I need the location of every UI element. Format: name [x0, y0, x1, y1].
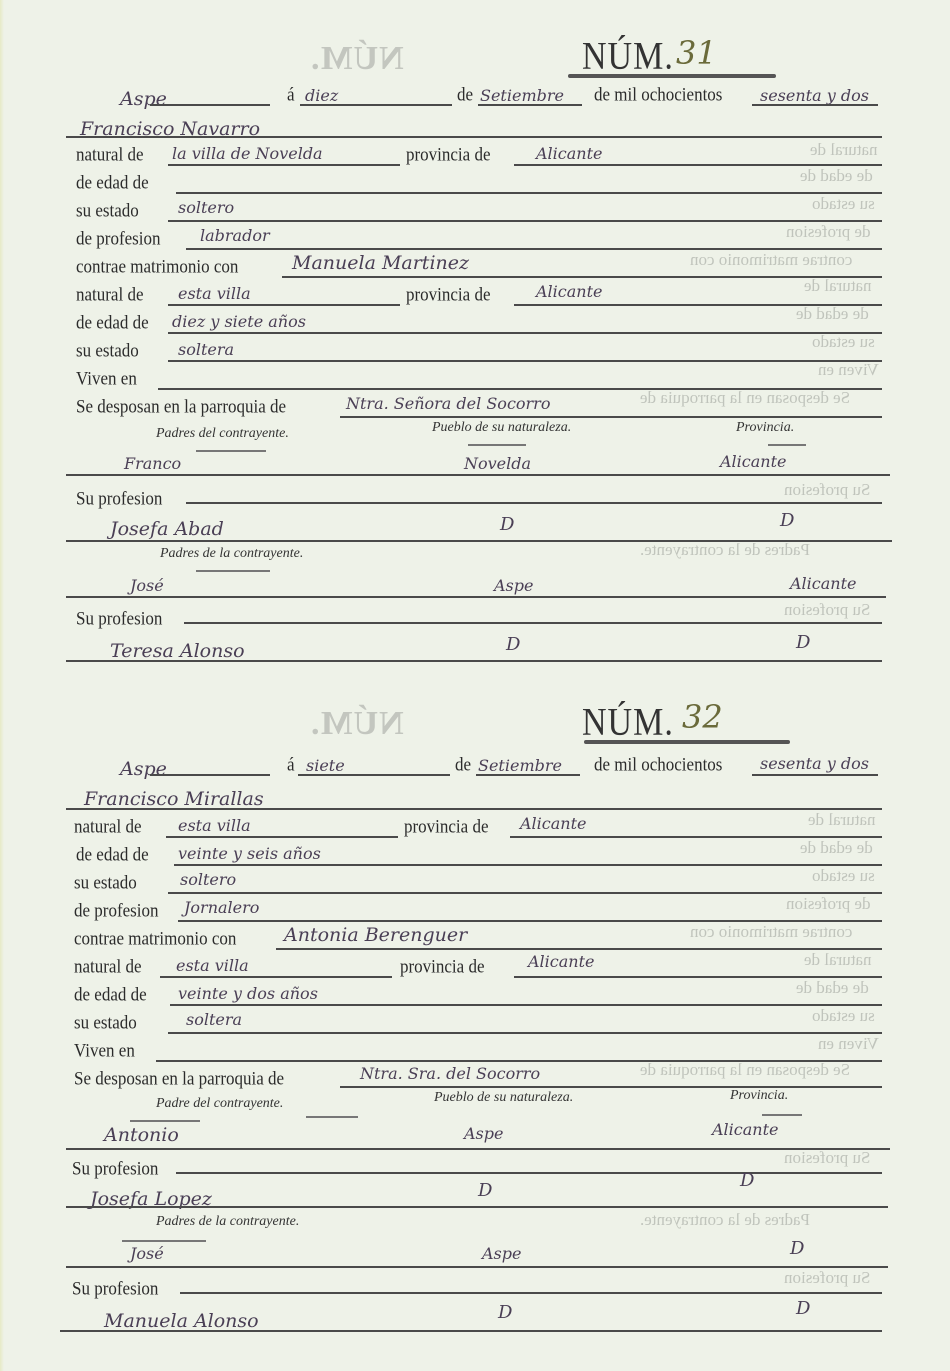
- rule: [168, 1032, 882, 1034]
- bleed-through-line: de profesion: [786, 894, 871, 914]
- header-rule: [468, 444, 526, 446]
- rule: [66, 474, 890, 476]
- bride-mother-provincia-ditto: D: [796, 632, 810, 653]
- rule: [66, 596, 886, 598]
- groom-father-provincia: Alicante: [712, 1120, 779, 1139]
- bleed-through-line: Viven en: [818, 1034, 879, 1054]
- a-label: á: [287, 84, 295, 106]
- rule: [478, 104, 582, 106]
- rule: [150, 774, 270, 776]
- rule: [752, 774, 878, 776]
- rule: [168, 360, 882, 362]
- rule: [184, 622, 882, 624]
- bleed-through-line: Su profesion: [784, 480, 870, 500]
- number-rule: [568, 74, 776, 78]
- rule: [476, 774, 580, 776]
- bleed-through-line: de edad de: [800, 838, 873, 858]
- rule: [66, 136, 882, 138]
- day-value: siete: [306, 756, 345, 775]
- su-profesion-label: Su profesion: [76, 488, 162, 510]
- bleed-through-line: natural de: [808, 810, 876, 830]
- provincia-de-label: provincia de: [404, 816, 489, 838]
- groom-provincia-value: Alicante: [520, 814, 587, 833]
- natural-de-label: natural de: [74, 816, 142, 838]
- bleed-through-line: Se desposan en la parroquia de: [640, 388, 850, 408]
- rule: [168, 892, 882, 894]
- provincia-header: Provincia.: [730, 1088, 788, 1104]
- rule: [158, 388, 882, 390]
- record-number-value: 32: [682, 698, 723, 736]
- rule: [186, 248, 882, 250]
- groom-estado-value: soltero: [180, 870, 236, 889]
- bride-father-name: José: [130, 1244, 164, 1263]
- groom-parents-header: Padres del contrayente.: [156, 426, 289, 442]
- rule: [166, 836, 398, 838]
- bride-father-pueblo: Aspe: [494, 576, 533, 595]
- bleed-through-line: natural de: [810, 140, 878, 160]
- groom-name-value: Francisco Mirallas: [84, 788, 264, 810]
- groom-edad-value: veinte y seis años: [178, 844, 321, 863]
- pueblo-header: Pueblo de su naturaleza.: [434, 1090, 573, 1106]
- groom-natural-value: esta villa: [178, 816, 251, 835]
- bleed-through-line: su estado: [812, 194, 875, 214]
- rule: [66, 1206, 888, 1208]
- de-edad-de-label: de edad de: [76, 172, 149, 194]
- bride-provincia-value: Alicante: [536, 282, 603, 301]
- groom-father-provincia: Alicante: [720, 452, 787, 471]
- bleed-through-line: Padres de la contrayente.: [640, 540, 810, 560]
- year-value: sesenta y dos: [760, 754, 869, 773]
- bride-father-provincia: Alicante: [790, 574, 857, 593]
- bride-estado-value: soltera: [178, 340, 234, 359]
- header-rule: [122, 1240, 206, 1242]
- groom-natural-value: la villa de Novelda: [172, 144, 323, 163]
- header-rule: [196, 570, 270, 572]
- provincia-de-label: provincia de: [406, 144, 491, 166]
- rule: [168, 304, 400, 306]
- de-edad-de-label: de edad de: [74, 984, 147, 1006]
- bleed-through-line: su estado: [812, 1006, 875, 1026]
- groom-profesion-value: labrador: [200, 226, 270, 245]
- record-number-value: 31: [676, 34, 717, 72]
- se-desposan-label: Se desposan en la parroquia de: [74, 1068, 284, 1090]
- groom-father-name: Antonio: [104, 1124, 179, 1146]
- viven-en-label: Viven en: [76, 368, 137, 390]
- parroquia-value: Ntra. Señora del Socorro: [346, 394, 550, 413]
- a-label: á: [287, 754, 295, 776]
- year-value: sesenta y dos: [760, 86, 869, 105]
- rule: [156, 1060, 882, 1062]
- de-mil-label: de mil ochocientos: [594, 84, 722, 106]
- bleed-through-line: natural de: [804, 276, 872, 296]
- bleed-through-num: NÚM.: [310, 40, 404, 78]
- su-estado-label: su estado: [76, 200, 139, 222]
- groom-parents-header: Padre del contrayente.: [156, 1096, 283, 1112]
- day-value: diez: [305, 86, 338, 105]
- de-profesion-label: de profesion: [74, 900, 159, 922]
- header-rule: [762, 1114, 802, 1116]
- page-edge: [0, 0, 4, 1371]
- rule: [66, 1266, 888, 1268]
- de-profesion-label: de profesion: [76, 228, 161, 250]
- bleed-through-line: Se desposan en la parroquia de: [640, 1060, 850, 1080]
- bleed-through-line: de edad de: [800, 166, 873, 186]
- rule: [174, 864, 882, 866]
- bride-mother-provincia-ditto: D: [796, 1298, 810, 1319]
- record-number-label: NÚM.: [582, 35, 674, 79]
- bride-name-value: Manuela Martinez: [292, 252, 469, 274]
- provincia-header: Provincia.: [736, 420, 794, 436]
- viven-en-label: Viven en: [74, 1040, 135, 1062]
- groom-father-name: Franco: [124, 454, 181, 473]
- bride-name-value: Antonia Berenguer: [284, 924, 467, 946]
- de-edad-de-label: de edad de: [76, 844, 149, 866]
- pueblo-header: Pueblo de su naturaleza.: [432, 420, 571, 436]
- rule: [150, 104, 270, 106]
- bleed-through-line: contrae matrimonio con: [690, 922, 852, 942]
- bride-natural-value: esta villa: [176, 956, 249, 975]
- number-rule: [584, 740, 790, 744]
- natural-de-label: natural de: [76, 284, 144, 306]
- bride-mother-pueblo-ditto: D: [506, 634, 520, 655]
- header-rule: [196, 450, 266, 452]
- contrae-label: contrae matrimonio con: [76, 256, 238, 278]
- rule: [300, 104, 452, 106]
- natural-de-label: natural de: [74, 956, 142, 978]
- rule: [160, 976, 392, 978]
- de-edad-de-label: de edad de: [76, 312, 149, 334]
- contrae-label: contrae matrimonio con: [74, 928, 236, 950]
- header-rule: [130, 1120, 200, 1122]
- rule: [168, 164, 400, 166]
- bride-natural-value: esta villa: [178, 284, 251, 303]
- bride-provincia-value: Alicante: [528, 952, 595, 971]
- bleed-through-line: de edad de: [796, 304, 869, 324]
- se-desposan-label: Se desposan en la parroquia de: [76, 396, 286, 418]
- natural-de-label: natural de: [76, 144, 144, 166]
- de-mil-label: de mil ochocientos: [594, 754, 722, 776]
- rule: [66, 540, 892, 542]
- bleed-through-line: Viven en: [818, 360, 879, 380]
- place-value: Aspe: [120, 758, 167, 780]
- de-label: de: [455, 754, 471, 776]
- header-rule: [768, 444, 806, 446]
- groom-mother-pueblo-ditto: D: [500, 514, 514, 535]
- bride-mother-name: Manuela Alonso: [104, 1310, 259, 1332]
- su-estado-label: su estado: [74, 872, 137, 894]
- bleed-through-line: natural de: [804, 950, 872, 970]
- rule: [282, 276, 882, 278]
- rule: [178, 920, 882, 922]
- su-estado-label: su estado: [76, 340, 139, 362]
- rule: [276, 948, 882, 950]
- rule: [168, 332, 882, 334]
- bride-parents-header: Padres de la contrayente.: [160, 546, 303, 562]
- rule: [66, 808, 882, 810]
- place-value: Aspe: [120, 88, 167, 110]
- rule: [186, 502, 882, 504]
- rule: [298, 774, 450, 776]
- bleed-through-line: Su profesion: [784, 600, 870, 620]
- bleed-through-line: Su profesion: [784, 1268, 870, 1288]
- bleed-through-line: su estado: [812, 332, 875, 352]
- rule: [66, 1148, 890, 1150]
- groom-mother-provincia-ditto: D: [780, 510, 794, 531]
- month-value: Setiembre: [478, 756, 562, 775]
- rule: [514, 304, 882, 306]
- parroquia-value: Ntra. Sra. del Socorro: [360, 1064, 540, 1083]
- groom-father-pueblo: Novelda: [464, 454, 531, 473]
- groom-father-pueblo: Aspe: [464, 1124, 503, 1143]
- rule: [340, 1086, 882, 1088]
- de-label: de: [457, 84, 473, 106]
- record-number-label: NÚM.: [582, 701, 674, 745]
- rule: [514, 976, 882, 978]
- rule: [514, 164, 882, 166]
- header-rule: [306, 1116, 358, 1118]
- provincia-de-label: provincia de: [400, 956, 485, 978]
- rule: [168, 220, 882, 222]
- rule: [340, 416, 882, 418]
- groom-mother-name: Josefa Abad: [110, 518, 224, 540]
- bride-parents-header: Padres de la contrayente.: [156, 1214, 299, 1230]
- month-value: Setiembre: [480, 86, 564, 105]
- groom-mother-provincia-ditto: D: [740, 1170, 754, 1191]
- bleed-through-line: Su profesion: [784, 1148, 870, 1168]
- bride-estado-value: soltera: [186, 1010, 242, 1029]
- bride-edad-value: diez y siete años: [172, 312, 306, 331]
- rule: [180, 1292, 882, 1294]
- rule: [752, 104, 878, 106]
- bleed-through-line: su estado: [812, 866, 875, 886]
- rule: [66, 660, 882, 662]
- su-profesion-label: Su profesion: [76, 608, 162, 630]
- bleed-through-num: NÚM.: [310, 705, 404, 743]
- su-profesion-label: Su profesion: [72, 1158, 158, 1180]
- bleed-through-line: contrae matrimonio con: [690, 250, 852, 270]
- groom-mother-pueblo-ditto: D: [478, 1180, 492, 1201]
- bleed-through-line: Padres de la contrayente.: [640, 1210, 810, 1230]
- rule: [170, 1004, 882, 1006]
- bride-father-pueblo: Aspe: [482, 1244, 521, 1263]
- bride-edad-value: veinte y dos años: [178, 984, 318, 1003]
- groom-provincia-value: Alicante: [536, 144, 603, 163]
- rule: [510, 836, 882, 838]
- provincia-de-label: provincia de: [406, 284, 491, 306]
- rule: [176, 1172, 882, 1174]
- bride-mother-name: Teresa Alonso: [110, 640, 245, 662]
- rule: [176, 192, 882, 194]
- bride-father-name: José: [130, 576, 164, 595]
- bride-father-provincia-ditto: D: [790, 1238, 804, 1259]
- groom-estado-value: soltero: [178, 198, 234, 217]
- su-profesion-label: Su profesion: [72, 1278, 158, 1300]
- su-estado-label: su estado: [74, 1012, 137, 1034]
- bride-mother-pueblo-ditto: D: [498, 1302, 512, 1323]
- bleed-through-line: de profesion: [786, 222, 871, 242]
- rule: [60, 1330, 882, 1332]
- groom-profesion-value: Jornalero: [184, 898, 259, 917]
- bleed-through-line: de edad de: [796, 978, 869, 998]
